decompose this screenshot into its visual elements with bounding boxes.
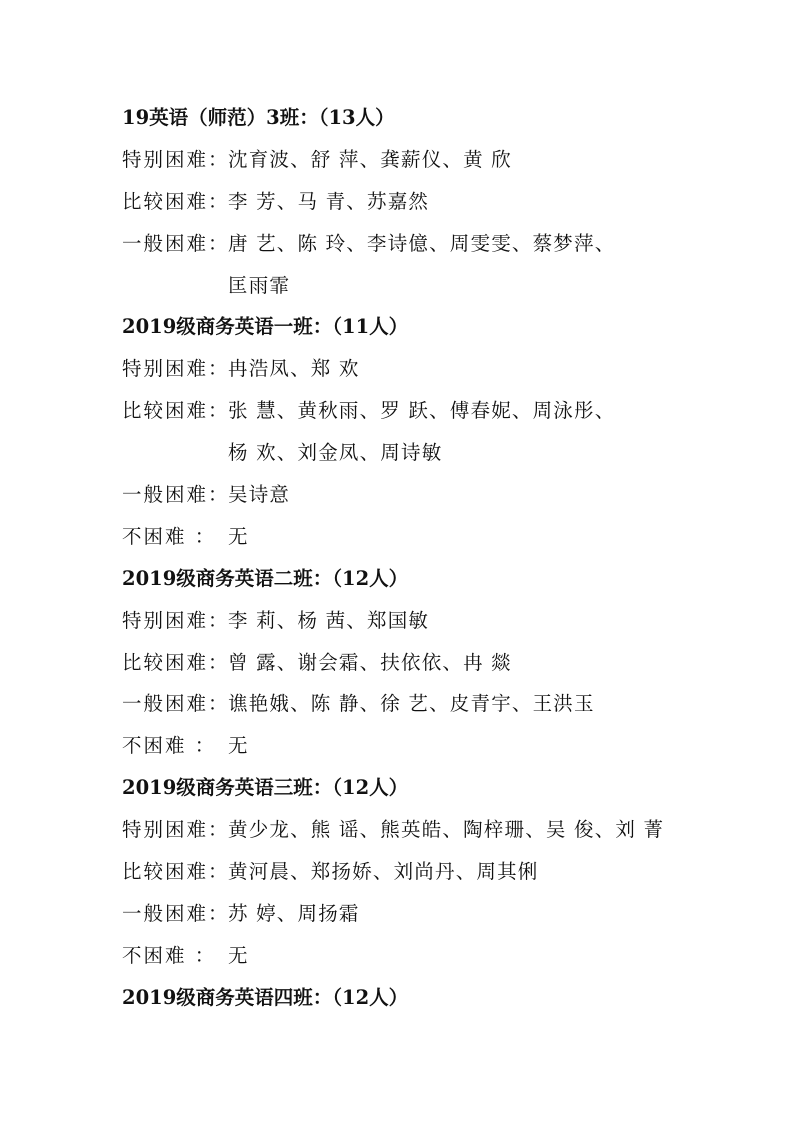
difficulty-label: 不困难 ：	[122, 522, 228, 552]
difficulty-label: 比较困难：	[122, 648, 228, 678]
difficulty-row: 一般困难：苏 婷、周扬霜	[122, 899, 722, 941]
difficulty-row-continuation: 杨 欢、刘金凤、周诗敏	[122, 438, 722, 480]
student-names: 唐 艺、陈 玲、李诗億、周雯雯、蔡梦萍、	[228, 229, 615, 259]
difficulty-label: 不困难 ：	[122, 941, 228, 971]
student-names: 无	[228, 522, 249, 552]
student-names: 吴诗意	[228, 480, 290, 510]
difficulty-label: 一般困难：	[122, 229, 228, 259]
difficulty-row: 比较困难：张 慧、黄秋雨、罗 跃、傅春妮、周泳彤、	[122, 396, 722, 438]
class-heading: 2019级商务英语三班：（12人）	[122, 773, 722, 815]
difficulty-row: 一般困难：吴诗意	[122, 480, 722, 522]
difficulty-row: 一般困难：唐 艺、陈 玲、李诗億、周雯雯、蔡梦萍、	[122, 229, 722, 271]
student-names: 李 芳、马 青、苏嘉然	[228, 187, 429, 217]
student-names: 黄少龙、熊 谣、熊英皓、陶梓珊、吴 俊、刘 菁	[228, 815, 664, 845]
student-names: 李 莉、杨 茜、郑国敏	[228, 606, 429, 636]
class-heading: 2019级商务英语四班：（12人）	[122, 983, 722, 1025]
difficulty-row: 特别困难：李 莉、杨 茜、郑国敏	[122, 606, 722, 648]
difficulty-row: 不困难 ：无	[122, 522, 722, 564]
difficulty-row: 比较困难：曾 露、谢会霜、扶依依、冉 燚	[122, 648, 722, 690]
difficulty-label: 一般困难：	[122, 689, 228, 719]
difficulty-label: 特别困难：	[122, 815, 228, 845]
difficulty-label: 比较困难：	[122, 187, 228, 217]
difficulty-row: 特别困难：黄少龙、熊 谣、熊英皓、陶梓珊、吴 俊、刘 菁	[122, 815, 722, 857]
difficulty-label: 比较困难：	[122, 857, 228, 887]
difficulty-row: 比较困难：李 芳、马 青、苏嘉然	[122, 187, 722, 229]
difficulty-label: 不困难 ：	[122, 731, 228, 761]
student-names: 冉浩凤、郑 欢	[228, 354, 360, 384]
difficulty-label: 特别困难：	[122, 354, 228, 384]
difficulty-label: 一般困难：	[122, 480, 228, 510]
difficulty-row: 不困难 ：无	[122, 941, 722, 983]
document-page: 19英语（师范）3班：（13人） 特别困难：沈育波、舒 萍、龚薪仪、黄 欣 比较…	[122, 103, 722, 1025]
difficulty-row: 不困难 ：无	[122, 731, 722, 773]
class-heading: 2019级商务英语二班：（12人）	[122, 564, 722, 606]
difficulty-row: 一般困难：谯艳娥、陈 静、徐 艺、皮青宇、王洪玉	[122, 689, 722, 731]
difficulty-row: 特别困难：沈育波、舒 萍、龚薪仪、黄 欣	[122, 145, 722, 187]
student-names: 匡雨霏	[228, 271, 290, 301]
student-names: 无	[228, 731, 249, 761]
student-names: 张 慧、黄秋雨、罗 跃、傅春妮、周泳彤、	[228, 396, 615, 426]
difficulty-row: 特别困难：冉浩凤、郑 欢	[122, 354, 722, 396]
student-names: 沈育波、舒 萍、龚薪仪、黄 欣	[228, 145, 512, 175]
difficulty-label: 特别困难：	[122, 606, 228, 636]
class-heading: 19英语（师范）3班：（13人）	[122, 103, 722, 145]
difficulty-row: 比较困难：黄河晨、郑扬娇、刘尚丹、周其俐	[122, 857, 722, 899]
difficulty-label: 特别困难：	[122, 145, 228, 175]
difficulty-label: 一般困难：	[122, 899, 228, 929]
student-names: 无	[228, 941, 249, 971]
student-names: 苏 婷、周扬霜	[228, 899, 360, 929]
difficulty-label: 比较困难：	[122, 396, 228, 426]
difficulty-row-continuation: 匡雨霏	[122, 271, 722, 313]
student-names: 谯艳娥、陈 静、徐 艺、皮青宇、王洪玉	[228, 689, 595, 719]
student-names: 黄河晨、郑扬娇、刘尚丹、周其俐	[228, 857, 539, 887]
class-heading: 2019级商务英语一班：（11人）	[122, 312, 722, 354]
student-names: 曾 露、谢会霜、扶依依、冉 燚	[228, 648, 512, 678]
student-names: 杨 欢、刘金凤、周诗敏	[228, 438, 442, 468]
